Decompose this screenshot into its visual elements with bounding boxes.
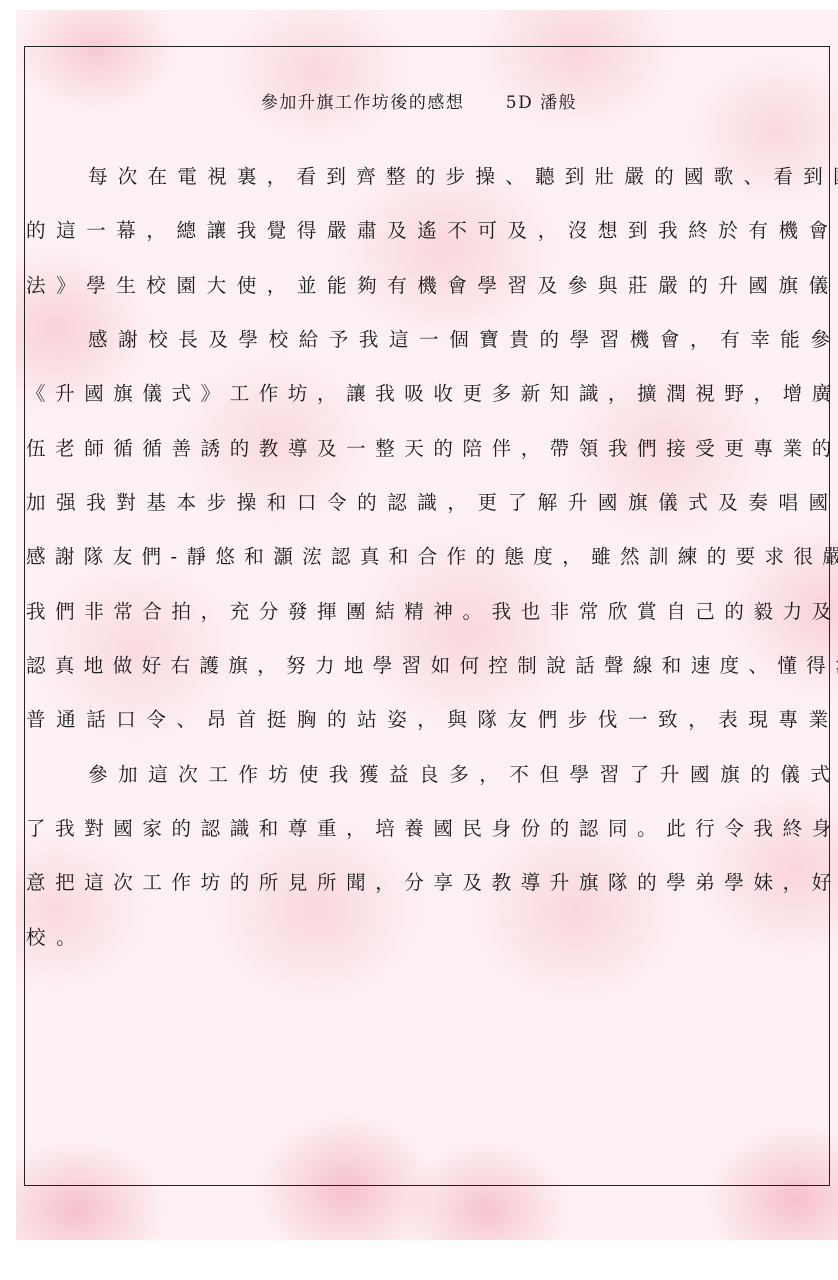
paragraph-2-line-5: 感謝隊友們-靜悠和灝浤認真和合作的態度，雖然訓練的要求很嚴格，但是 [26,545,838,569]
paragraph-2-line-6: 我們非常合拍，充分發揮團結精神。我也非常欣賞自己的毅力及學習態度， [26,600,838,624]
paragraph-2-line-4: 加强我對基本步操和口令的認識，更了解升國旗儀式及奏唱國歌的禮儀。 [26,491,838,515]
paragraph-2-line-7: 認真地做好右護旗，努力地學習如何控制說話聲線和速度、懂得清晰地說出 [26,654,838,678]
paragraph-3-line-2: 了我對國家的認識和尊重，培養國民身份的認同。此行令我終身受用。我願 [26,817,838,841]
paragraph-1-line-2: 的這一幕，總讓我覺得嚴肅及遙不可及，沒想到我終於有機會成為《基本 [26,219,838,243]
paragraph-1-line-1: 每次在電視裏，看到齊整的步操、聽到壯嚴的國歌、看到國旗徐徐升起 [88,165,838,189]
paragraph-2-line-1: 感謝校長及學校給予我這一個寶貴的學習機會，有幸能參加本年度的 [88,328,838,352]
paragraph-3-line-4: 校。 [26,926,86,950]
paragraph-3-line-1: 參加這次工作坊使我獲益良多，不但學習了升國旗的儀式，而且更加強 [88,763,838,787]
paragraph-2-line-3: 伍老師循循善誘的教導及一整天的陪伴，帶領我們接受更專業的領袖訓練， [26,437,838,461]
paragraph-1-line-3: 法》學生校園大使，並能夠有機會學習及參與莊嚴的升國旗儀式。 [26,274,838,298]
document-title: 參加升旗工作坊後的感想 5D 潘般 [0,88,838,113]
paragraph-2-line-8: 普通話口令、昂首挺胸的站姿，與隊友們步伐一致，表現專業。 [26,708,838,732]
paragraph-2-line-2: 《升國旗儀式》工作坊，讓我吸收更多新知識，擴潤視野，增廣見聞。感謝 [26,382,838,406]
paragraph-3-line-3: 意把這次工作坊的所見所聞，分享及教導升旗隊的學弟學妹，好好回饋學 [26,871,838,895]
